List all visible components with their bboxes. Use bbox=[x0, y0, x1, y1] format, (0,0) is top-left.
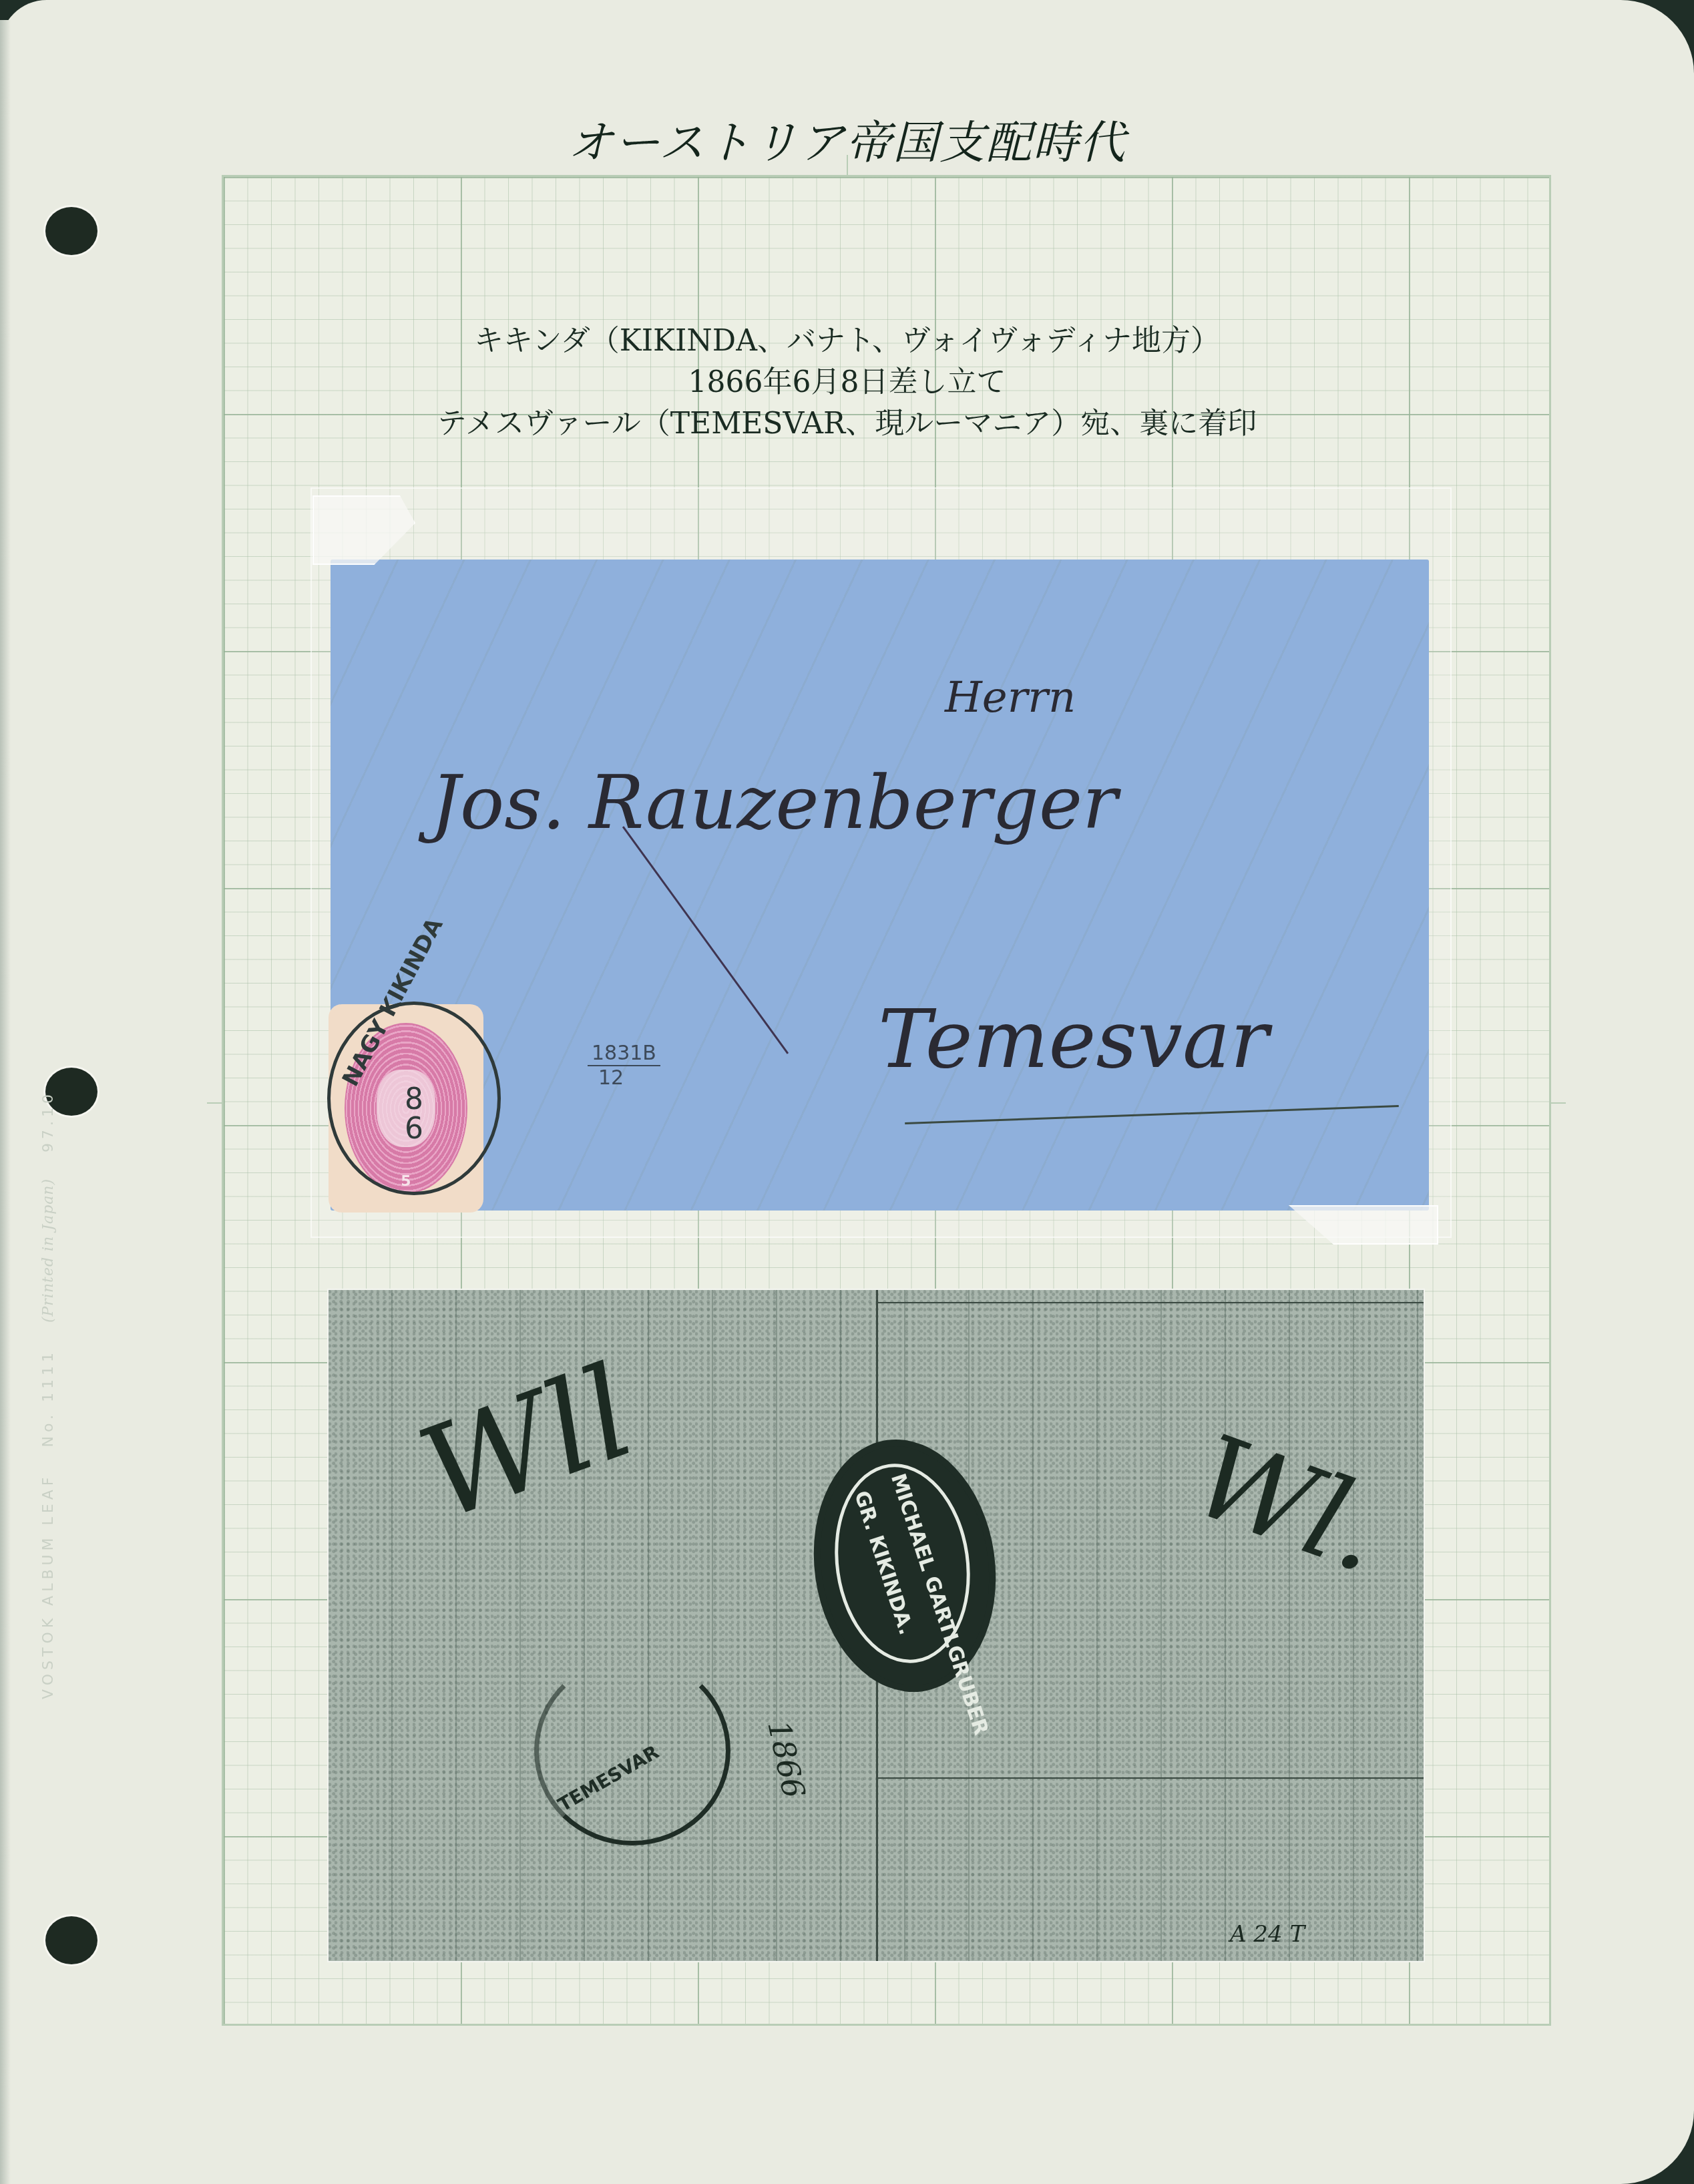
catalog-note: A 24 T bbox=[1230, 1921, 1305, 1948]
pencil-note-top: 1831B bbox=[588, 1042, 660, 1066]
pencil-note-bottom: 12 bbox=[588, 1066, 660, 1090]
back-script-left: Wll bbox=[402, 1338, 651, 1549]
caption-line-date: 1866年6月8日差し立て bbox=[0, 362, 1694, 403]
arrival-postmark-text: TEMESVAR bbox=[554, 1741, 662, 1816]
album-leaf: VOSTOK ALBUM LEAF No. 1111 (Printed in J… bbox=[0, 0, 1694, 2184]
back-script-right: Wl. bbox=[1178, 1410, 1401, 1599]
year-note: 1866 bbox=[761, 1717, 812, 1801]
page-title: オーストリア帝国支配時代 bbox=[0, 107, 1694, 172]
album-imprint: VOSTOK ALBUM LEAF No. 1111 (Printed in J… bbox=[40, 1090, 57, 1699]
addressee-name: Jos. Rauzenberger bbox=[431, 760, 1118, 845]
punch-hole-bottom bbox=[45, 1916, 97, 1964]
arrival-postmark: TEMESVAR bbox=[534, 1656, 730, 1845]
imprint-brand: VOSTOK ALBUM LEAF bbox=[40, 1474, 57, 1699]
caption-line-destination: テメスヴァール（TEMESVAR、現ルーマニア）宛、裏に着印 bbox=[0, 403, 1694, 445]
flap-top-edge bbox=[876, 1302, 1424, 1303]
destination: Temesvar bbox=[878, 994, 1269, 1086]
caption: キキンダ（KIKINDA、バナト、ヴォイヴォディナ地方） 1866年6月8日差し… bbox=[0, 320, 1694, 445]
paraph-stroke bbox=[622, 826, 789, 1054]
punch-hole-top bbox=[45, 207, 97, 255]
imprint-code: 97.10 bbox=[40, 1090, 57, 1152]
imprint-number: No. 1111 bbox=[40, 1349, 57, 1448]
flap-bottom-edge bbox=[876, 1777, 1424, 1779]
postmark-town: NAGY KIKINDA bbox=[331, 1005, 497, 1192]
addressee-prefix: Herrn bbox=[945, 673, 1076, 722]
pencil-note: 1831B 12 bbox=[588, 1042, 660, 1090]
destination-underline bbox=[905, 1105, 1399, 1124]
grid-center-tick-right bbox=[1551, 1102, 1566, 1104]
grid-center-tick-left bbox=[207, 1102, 222, 1104]
caption-line-origin: キキンダ（KIKINDA、バナト、ヴォイヴォディナ地方） bbox=[0, 320, 1694, 362]
imprint-origin: (Printed in Japan) bbox=[40, 1178, 57, 1323]
postmark-nagy-kikinda: 8 6 NAGY KIKINDA bbox=[327, 1002, 501, 1195]
